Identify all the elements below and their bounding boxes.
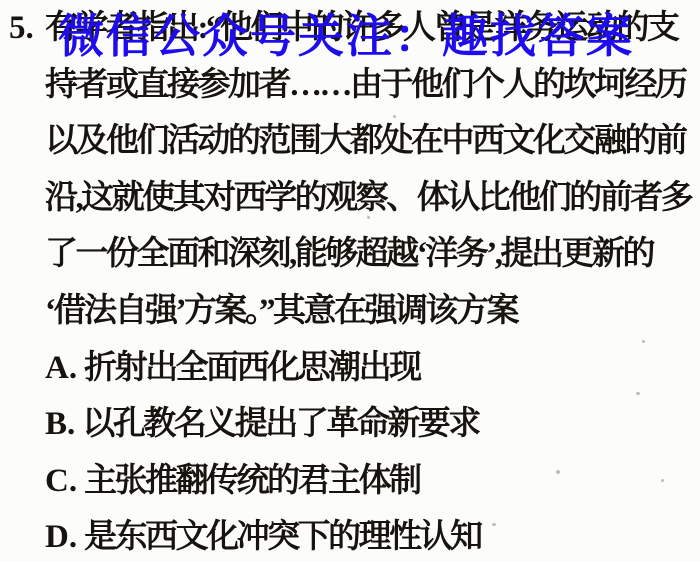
question-block: 5.有学者指出:“他们中的许多人曾是洋务运动的支 持者或直接参加者……由于他们个… <box>45 0 698 562</box>
option-label: A. <box>45 350 77 386</box>
scan-speck <box>492 523 496 526</box>
option-row-c: C.主张推翻传统的君主体制 <box>45 453 698 510</box>
option-row-b: B.以孔教名义提出了革命新要求 <box>45 396 698 453</box>
scan-speck <box>367 216 370 219</box>
scan-speck <box>556 470 560 474</box>
stem-line: 了一份全面和深刻,能够超越‘洋务’,提出更新的 <box>45 226 698 283</box>
option-row-a: A.折射出全面西化思潮出现 <box>45 340 698 397</box>
stem-line: 以及他们活动的范围大都处在中西文化交融的前 <box>45 113 698 170</box>
stem-line: ‘借法自强’方案。”其意在强调该方案 <box>45 283 698 340</box>
option-text: 是东西文化冲突下的理性认知 <box>84 519 481 555</box>
option-text: 以孔教名义提出了革命新要求 <box>82 406 479 442</box>
watermark-text: 微信公众号关注：趣找答案 <box>58 11 634 61</box>
stem-line: 沿,这就使其对西学的观察、体认比他们的前者多 <box>45 170 698 227</box>
scanned-exam-page: 5.有学者指出:“他们中的许多人曾是洋务运动的支 持者或直接参加者……由于他们个… <box>0 0 700 562</box>
option-text: 折射出全面西化思潮出现 <box>84 350 420 386</box>
stem-line: 持者或直接参加者……由于他们个人的坎坷经历 <box>45 57 698 114</box>
scan-speck <box>393 115 396 118</box>
scan-speck <box>661 479 664 482</box>
scan-speck <box>636 392 640 395</box>
scan-speck <box>642 340 645 343</box>
option-text: 主张推翻传统的君主体制 <box>84 463 420 499</box>
option-label: C. <box>45 463 77 499</box>
option-row-d: D.是东西文化冲突下的理性认知 <box>45 509 698 562</box>
question-number: 5. <box>9 0 45 57</box>
option-label: B. <box>45 406 75 442</box>
option-label: D. <box>45 519 77 555</box>
